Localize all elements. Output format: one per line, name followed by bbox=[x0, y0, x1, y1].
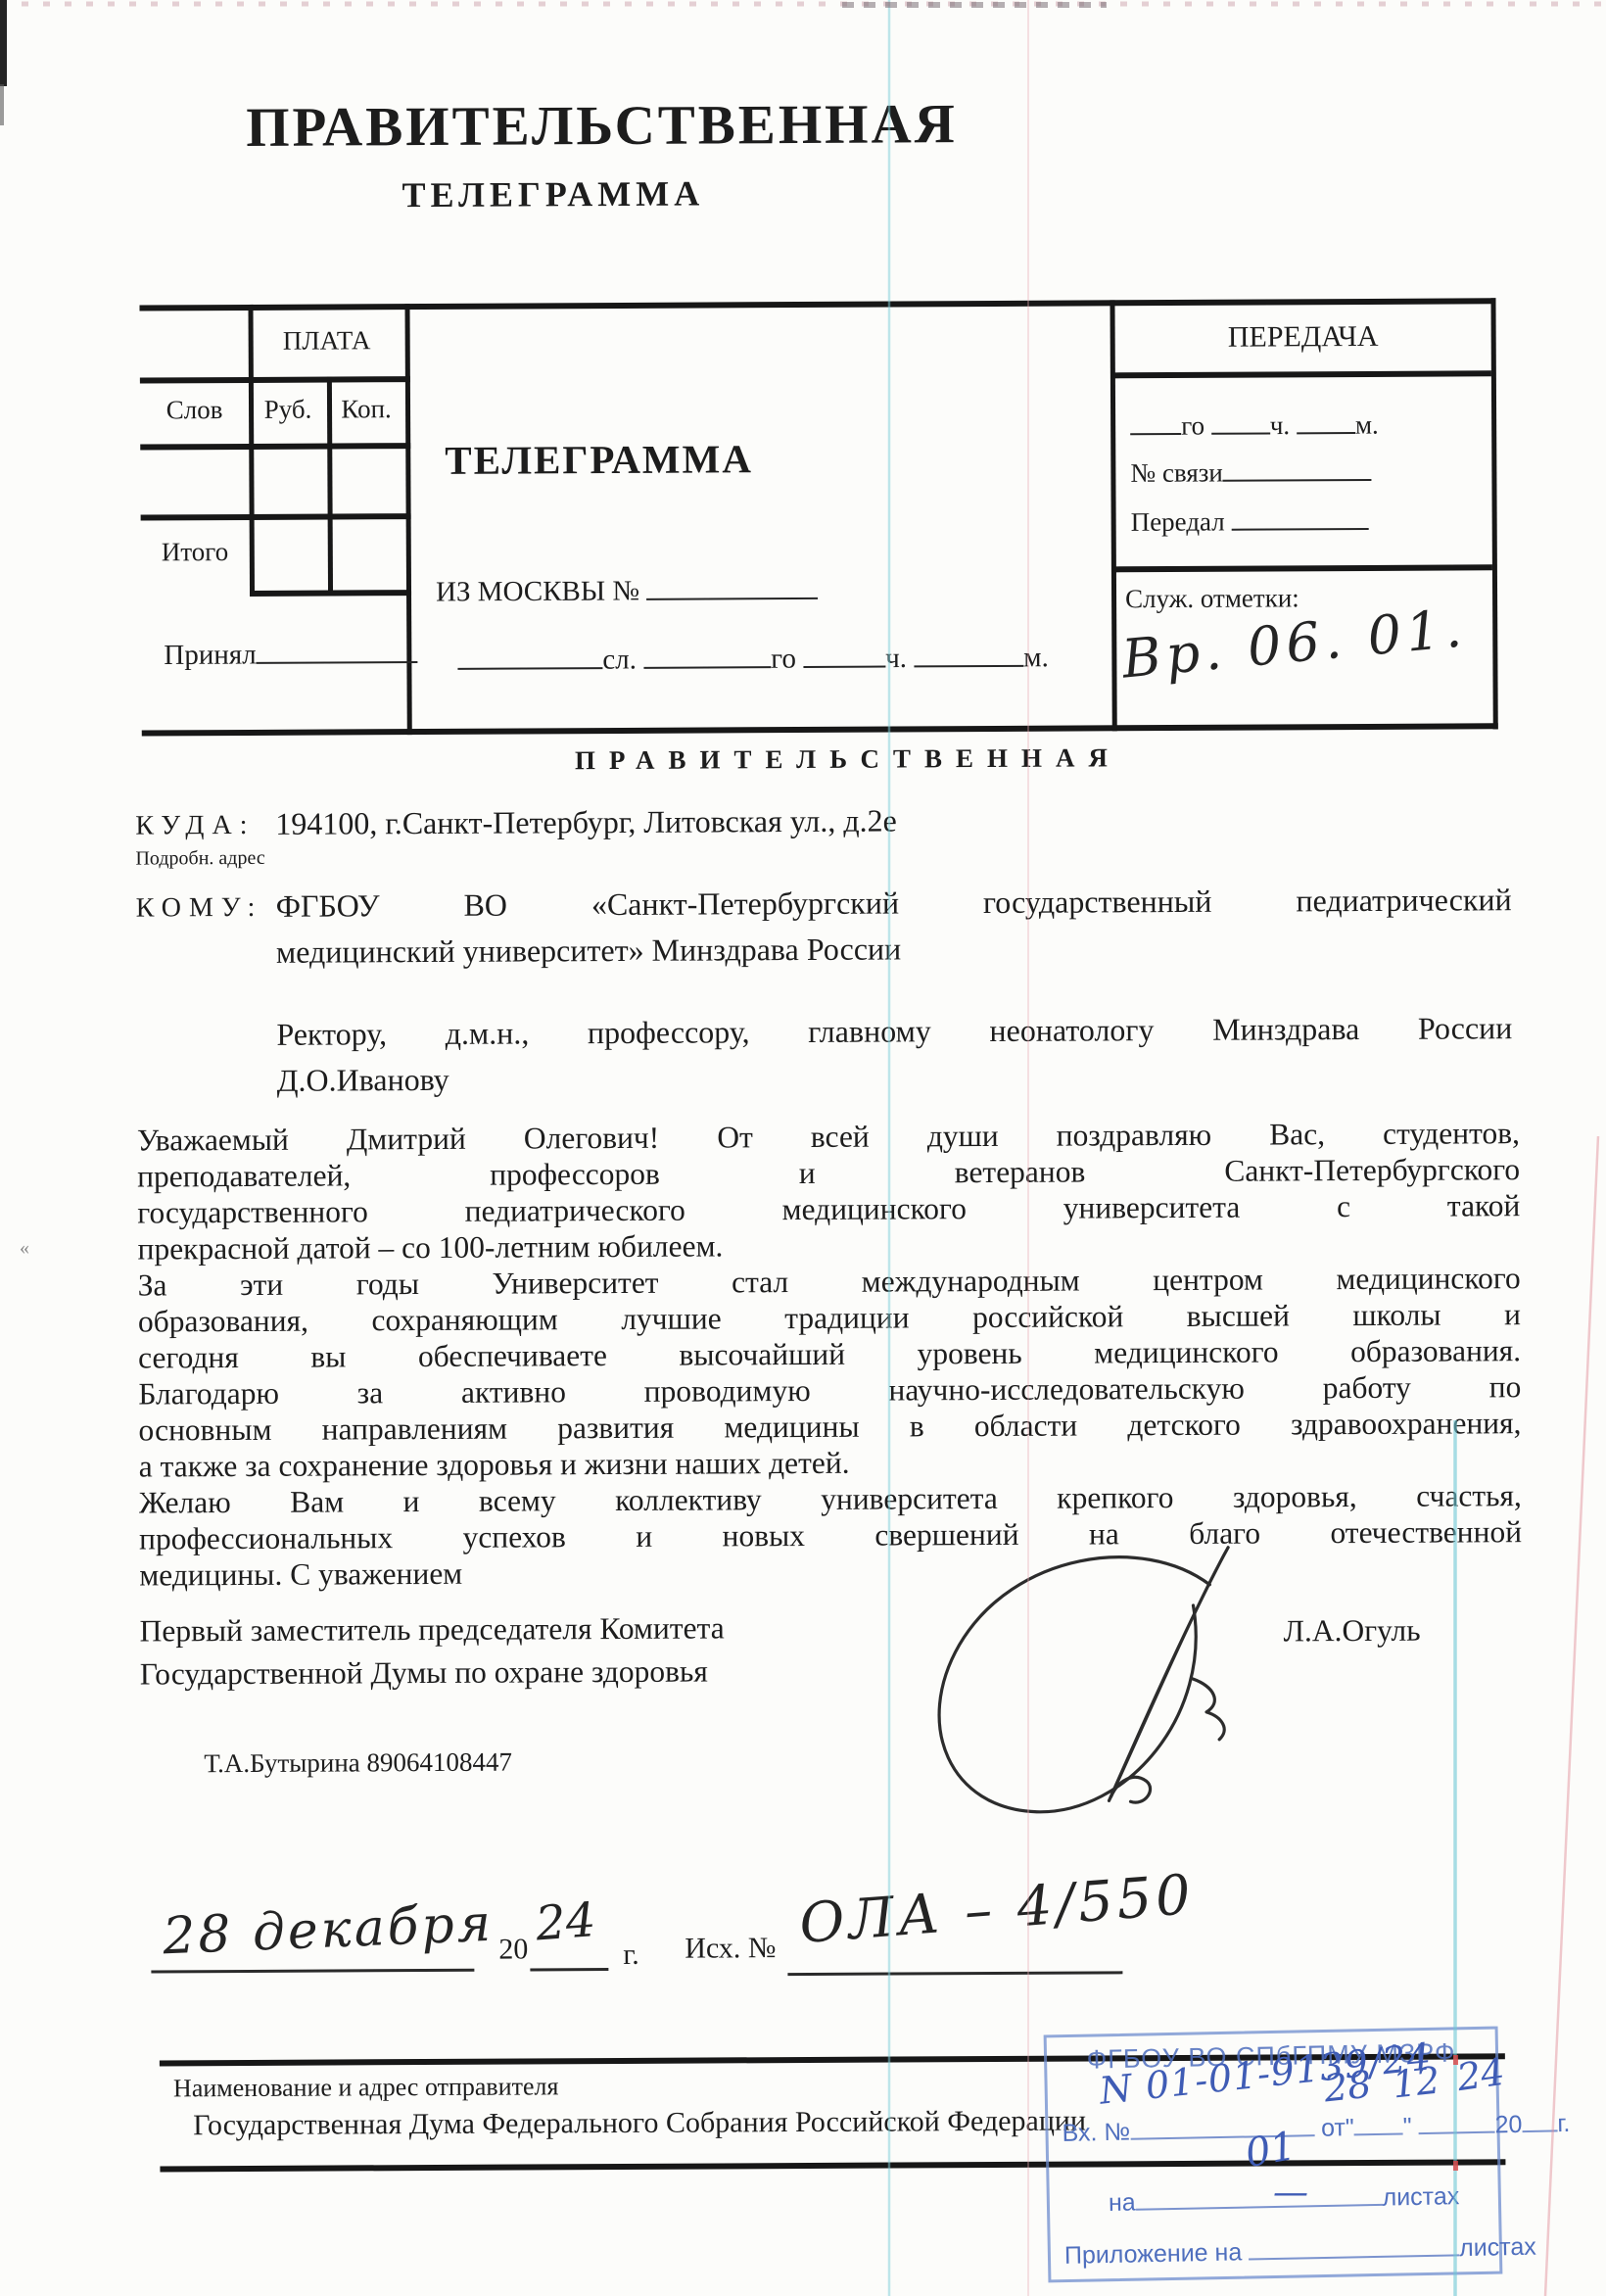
gov-category-label: ПРАВИТЕЛЬСТВЕННАЯ bbox=[288, 741, 1408, 778]
go-label: го bbox=[771, 644, 796, 675]
peredacha-left-line bbox=[1110, 300, 1116, 731]
blank-field bbox=[914, 638, 1023, 667]
stamp-day-blank bbox=[1353, 2109, 1402, 2135]
blank-field bbox=[1297, 407, 1355, 434]
blank-field bbox=[457, 640, 602, 669]
peredacha-mid-line bbox=[1114, 564, 1492, 572]
addressee-line1: Ректору, д.м.н., профессору, главному не… bbox=[276, 1010, 1512, 1053]
stamp-year-handwriting: 24 bbox=[1454, 2050, 1507, 2099]
doc-subtitle: ТЕЛЕГРАММА bbox=[0, 170, 1111, 217]
quote-mark: " bbox=[1402, 2113, 1411, 2140]
date-underline bbox=[151, 1969, 474, 1974]
svyazi-row: № связи bbox=[1130, 454, 1372, 489]
doc-title: ПРАВИТЕЛЬСТВЕННАЯ bbox=[0, 91, 1209, 161]
stamp-g-label: г. bbox=[1557, 2110, 1571, 2137]
body-text: Уважаемый Дмитрий Олегович! От всей души… bbox=[137, 1115, 1522, 1593]
stamp-attachment-blank bbox=[1249, 2230, 1459, 2260]
iz-moskvy-blank bbox=[646, 570, 818, 599]
stamp-year-blank bbox=[1522, 2106, 1557, 2131]
signature bbox=[898, 1534, 1262, 1840]
form-top-line bbox=[139, 298, 1495, 311]
komu-line2: медицинский университет» Минздрава Росси… bbox=[276, 931, 901, 970]
fee-row-line-2 bbox=[140, 443, 410, 450]
addressee-line2: Д.О.Иванову bbox=[277, 1062, 449, 1099]
blank-field bbox=[1211, 407, 1270, 434]
prinyal-label: Принял bbox=[164, 639, 256, 670]
listah-label: листах bbox=[1459, 2233, 1536, 2263]
year-underline bbox=[530, 1968, 608, 1971]
fee-box-bottom-line bbox=[250, 590, 411, 597]
rub-label: Руб. bbox=[249, 395, 327, 425]
sender-label: Наименование и адрес отправителя bbox=[173, 2072, 559, 2103]
service-time-row: сл. го ч. м. bbox=[457, 638, 1049, 678]
stamp-month-blank bbox=[1418, 2108, 1494, 2134]
form-bottom-line bbox=[142, 723, 1498, 736]
svyazi-blank bbox=[1223, 454, 1372, 481]
vh-label: Вх. № bbox=[1062, 2119, 1130, 2147]
scanned-telegram-page: ПРАВИТЕЛЬСТВЕННАЯ ТЕЛЕГРАММА ПЛАТА Слов … bbox=[0, 0, 1606, 2296]
stamp-month-handwriting: 12 bbox=[1391, 2059, 1442, 2107]
peredal-row: Передал bbox=[1131, 502, 1369, 538]
kuda-label: КУДА: bbox=[135, 810, 255, 842]
plata-header: ПЛАТА bbox=[249, 325, 405, 357]
prinyal-row: Принял bbox=[164, 634, 417, 672]
go-label: го bbox=[1181, 410, 1204, 440]
stamp-day-handwriting: 28 bbox=[1322, 2063, 1374, 2111]
blank-field bbox=[643, 639, 771, 668]
fee-row-line-3 bbox=[141, 513, 411, 520]
m-label: м. bbox=[1023, 642, 1049, 673]
year-prefix: 20 bbox=[498, 1933, 528, 1966]
komu-label: КОМУ: bbox=[136, 892, 263, 925]
kop-label: Коп. bbox=[327, 394, 405, 424]
prinyal-blank bbox=[257, 634, 418, 663]
stamp-attachment-row: Приложение на листах bbox=[1064, 2230, 1490, 2271]
signer-name: Л.А.Огуль bbox=[1283, 1613, 1420, 1650]
peredacha-header-line bbox=[1113, 370, 1491, 378]
peredal-blank bbox=[1231, 502, 1368, 530]
peredacha-time-row: го ч. м. bbox=[1130, 407, 1379, 442]
iz-moskvy-row: ИЗ МОСКВЫ № bbox=[436, 570, 818, 609]
kuda-address: 194100, г.Санкт-Петербург, Литовская ул.… bbox=[275, 802, 897, 841]
peredacha-title: ПЕРЕДАЧА bbox=[1110, 319, 1496, 355]
kuda-sublabel: Подробн. адрес bbox=[135, 847, 264, 871]
year-handwriting: 24 bbox=[534, 1892, 597, 1951]
fee-row-line-1 bbox=[140, 376, 410, 383]
blank-field bbox=[1130, 407, 1181, 435]
ch-label: ч. bbox=[885, 643, 907, 674]
prilozhenie-label: Приложение на bbox=[1064, 2238, 1243, 2269]
stamp-attachment-dash-handwriting: — bbox=[1273, 2173, 1308, 2213]
itogo-label: Итого bbox=[162, 537, 229, 567]
sender-name: Государственная Дума Федерального Собран… bbox=[193, 2105, 1086, 2143]
document-content: ПРАВИТЕЛЬСТВЕННАЯ ТЕЛЕГРАММА ПЛАТА Слов … bbox=[0, 0, 1606, 2296]
iz-moskvy-label: ИЗ МОСКВЫ № bbox=[436, 575, 639, 607]
stamp-sheets-blank bbox=[1135, 2180, 1382, 2211]
stamp-year-prefix: 20 bbox=[1494, 2111, 1522, 2139]
body-line: медицины. С уважением bbox=[139, 1550, 1522, 1593]
svyazi-label: № связи bbox=[1130, 457, 1223, 487]
iskh-label: Исх. № bbox=[685, 1932, 776, 1965]
date-handwriting: 28 декабря bbox=[162, 1894, 495, 1967]
slov-label: Слов bbox=[140, 395, 249, 426]
form-right-line bbox=[1490, 298, 1497, 729]
listah-label: листах bbox=[1382, 2182, 1459, 2212]
contact-line: Т.А.Бутырина 89064108447 bbox=[204, 1747, 512, 1780]
sl-label: сл. bbox=[602, 644, 637, 675]
m-label: м. bbox=[1355, 410, 1379, 440]
stamp-sheetcount-handwriting: 01 bbox=[1242, 2124, 1299, 2176]
na-label: на bbox=[1109, 2188, 1136, 2217]
body-line: государственного педиатрического медицин… bbox=[137, 1187, 1520, 1230]
peredal-label: Передал bbox=[1131, 506, 1225, 537]
body-line: основным направлениям развития медицины … bbox=[138, 1405, 1521, 1448]
signoff-line2: Государственной Думы по охране здоровья bbox=[140, 1654, 708, 1693]
telegram-box-title: ТЕЛЕГРАММА bbox=[445, 435, 753, 484]
outgoing-number-handwriting: ОЛА – 4/550 bbox=[797, 1863, 1197, 1956]
signoff-line1: Первый заместитель председателя Комитета bbox=[139, 1610, 724, 1649]
sluzh-label: Служ. отметки: bbox=[1125, 583, 1299, 614]
body-line: профессиональных успехов и новых свершен… bbox=[139, 1513, 1522, 1556]
number-underline bbox=[787, 1971, 1122, 1976]
ot-label: от bbox=[1321, 2114, 1346, 2141]
komu-line1: ФГБОУ ВО «Санкт-Петербургский государств… bbox=[276, 882, 1512, 925]
g-label: г. bbox=[623, 1938, 639, 1972]
blank-field bbox=[803, 639, 885, 668]
ch-label: ч. bbox=[1270, 410, 1291, 440]
